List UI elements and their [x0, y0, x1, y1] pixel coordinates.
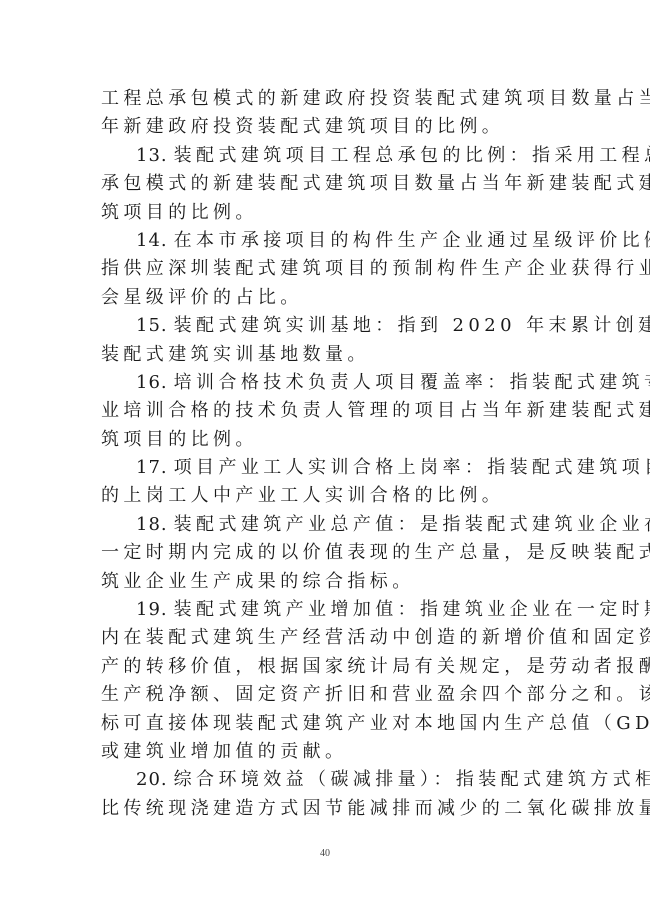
text-line: 装配式建筑产业总产值：是指装配式建筑业企业在: [174, 514, 650, 535]
text-line: 或建筑业增加值的贡献。: [101, 738, 553, 766]
text-line: 装配式建筑实训基地：指到 2020 年末累计创建的: [174, 315, 650, 336]
text-line: 一定时期内完成的以价值表现的生产总量，是反映装配式建: [101, 539, 553, 567]
text-line: 装配式建筑实训基地数量。: [101, 341, 553, 369]
text-line: 在本市承接项目的构件生产企业通过星级评价比例：: [174, 230, 650, 251]
text-line: 比传统现浇建造方式因节能减排而减少的二氧化碳排放量。: [101, 795, 553, 823]
text-line: 会星级评价的占比。: [101, 284, 553, 312]
text-line: 承包模式的新建装配式建筑项目数量占当年新建装配式建: [101, 170, 553, 198]
text-line: 装配式建筑项目工程总承包的比例：指采用工程总: [174, 145, 650, 166]
paragraph-item-19: 19.装配式建筑产业增加值：指建筑业企业在一定时期 内在装配式建筑生产经营活动中…: [101, 596, 553, 766]
text-line: 指供应深圳装配式建筑项目的预制构件生产企业获得行业协: [101, 255, 553, 283]
text-line: 内在装配式建筑生产经营活动中创造的新增价值和固定资: [101, 624, 553, 652]
document-body: 工程总承包模式的新建政府投资装配式建筑项目数量占当 年新建政府投资装配式建筑项目…: [101, 85, 553, 823]
paragraph-item-16: 16.培训合格技术负责人项目覆盖率：指装配式建筑专 业培训合格的技术负责人管理的…: [101, 369, 553, 454]
text-line: 装配式建筑产业增加值：指建筑业企业在一定时期: [174, 599, 650, 620]
paragraph-item-15: 15.装配式建筑实训基地：指到 2020 年末累计创建的 装配式建筑实训基地数量…: [101, 312, 553, 369]
text-line: 项目产业工人实训合格上岗率：指装配式建筑项目: [174, 457, 650, 478]
text-line: 综合环境效益（碳减排量）：指装配式建筑方式相: [174, 769, 650, 790]
page-number: 40: [0, 848, 650, 859]
item-number: 15.: [136, 315, 168, 336]
paragraph-item-13: 13.装配式建筑项目工程总承包的比例：指采用工程总 承包模式的新建装配式建筑项目…: [101, 142, 553, 227]
item-number: 16.: [136, 372, 168, 393]
text-line: 培训合格技术负责人项目覆盖率：指装配式建筑专: [174, 372, 650, 393]
text-line: 工程总承包模式的新建政府投资装配式建筑项目数量占当: [101, 85, 553, 113]
text-line: 的上岗工人中产业工人实训合格的比例。: [101, 482, 553, 510]
text-line: 标可直接体现装配式建筑产业对本地国内生产总值（GDP）: [101, 710, 553, 738]
paragraph-item-18: 18.装配式建筑产业总产值：是指装配式建筑业企业在 一定时期内完成的以价值表现的…: [101, 511, 553, 596]
text-line: 年新建政府投资装配式建筑项目的比例。: [101, 113, 553, 141]
text-line: 产的转移价值，根据国家统计局有关规定，是劳动者报酬、: [101, 653, 553, 681]
text-line: 业培训合格的技术负责人管理的项目占当年新建装配式建: [101, 397, 553, 425]
item-number: 17.: [136, 457, 168, 478]
text-line: 筑业企业生产成果的综合指标。: [101, 568, 553, 596]
paragraph-continuation: 工程总承包模式的新建政府投资装配式建筑项目数量占当 年新建政府投资装配式建筑项目…: [101, 85, 553, 142]
item-number: 19.: [136, 599, 168, 620]
item-number: 14.: [136, 230, 168, 251]
paragraph-item-20: 20.综合环境效益（碳减排量）：指装配式建筑方式相 比传统现浇建造方式因节能减排…: [101, 766, 553, 823]
text-line: 生产税净额、固定资产折旧和营业盈余四个部分之和。该指: [101, 681, 553, 709]
item-number: 13.: [136, 145, 168, 166]
item-number: 18.: [136, 514, 168, 535]
text-line: 筑项目的比例。: [101, 199, 553, 227]
paragraph-item-14: 14.在本市承接项目的构件生产企业通过星级评价比例： 指供应深圳装配式建筑项目的…: [101, 227, 553, 312]
paragraph-item-17: 17.项目产业工人实训合格上岗率：指装配式建筑项目 的上岗工人中产业工人实训合格…: [101, 454, 553, 511]
text-line: 筑项目的比例。: [101, 426, 553, 454]
item-number: 20.: [136, 769, 168, 790]
